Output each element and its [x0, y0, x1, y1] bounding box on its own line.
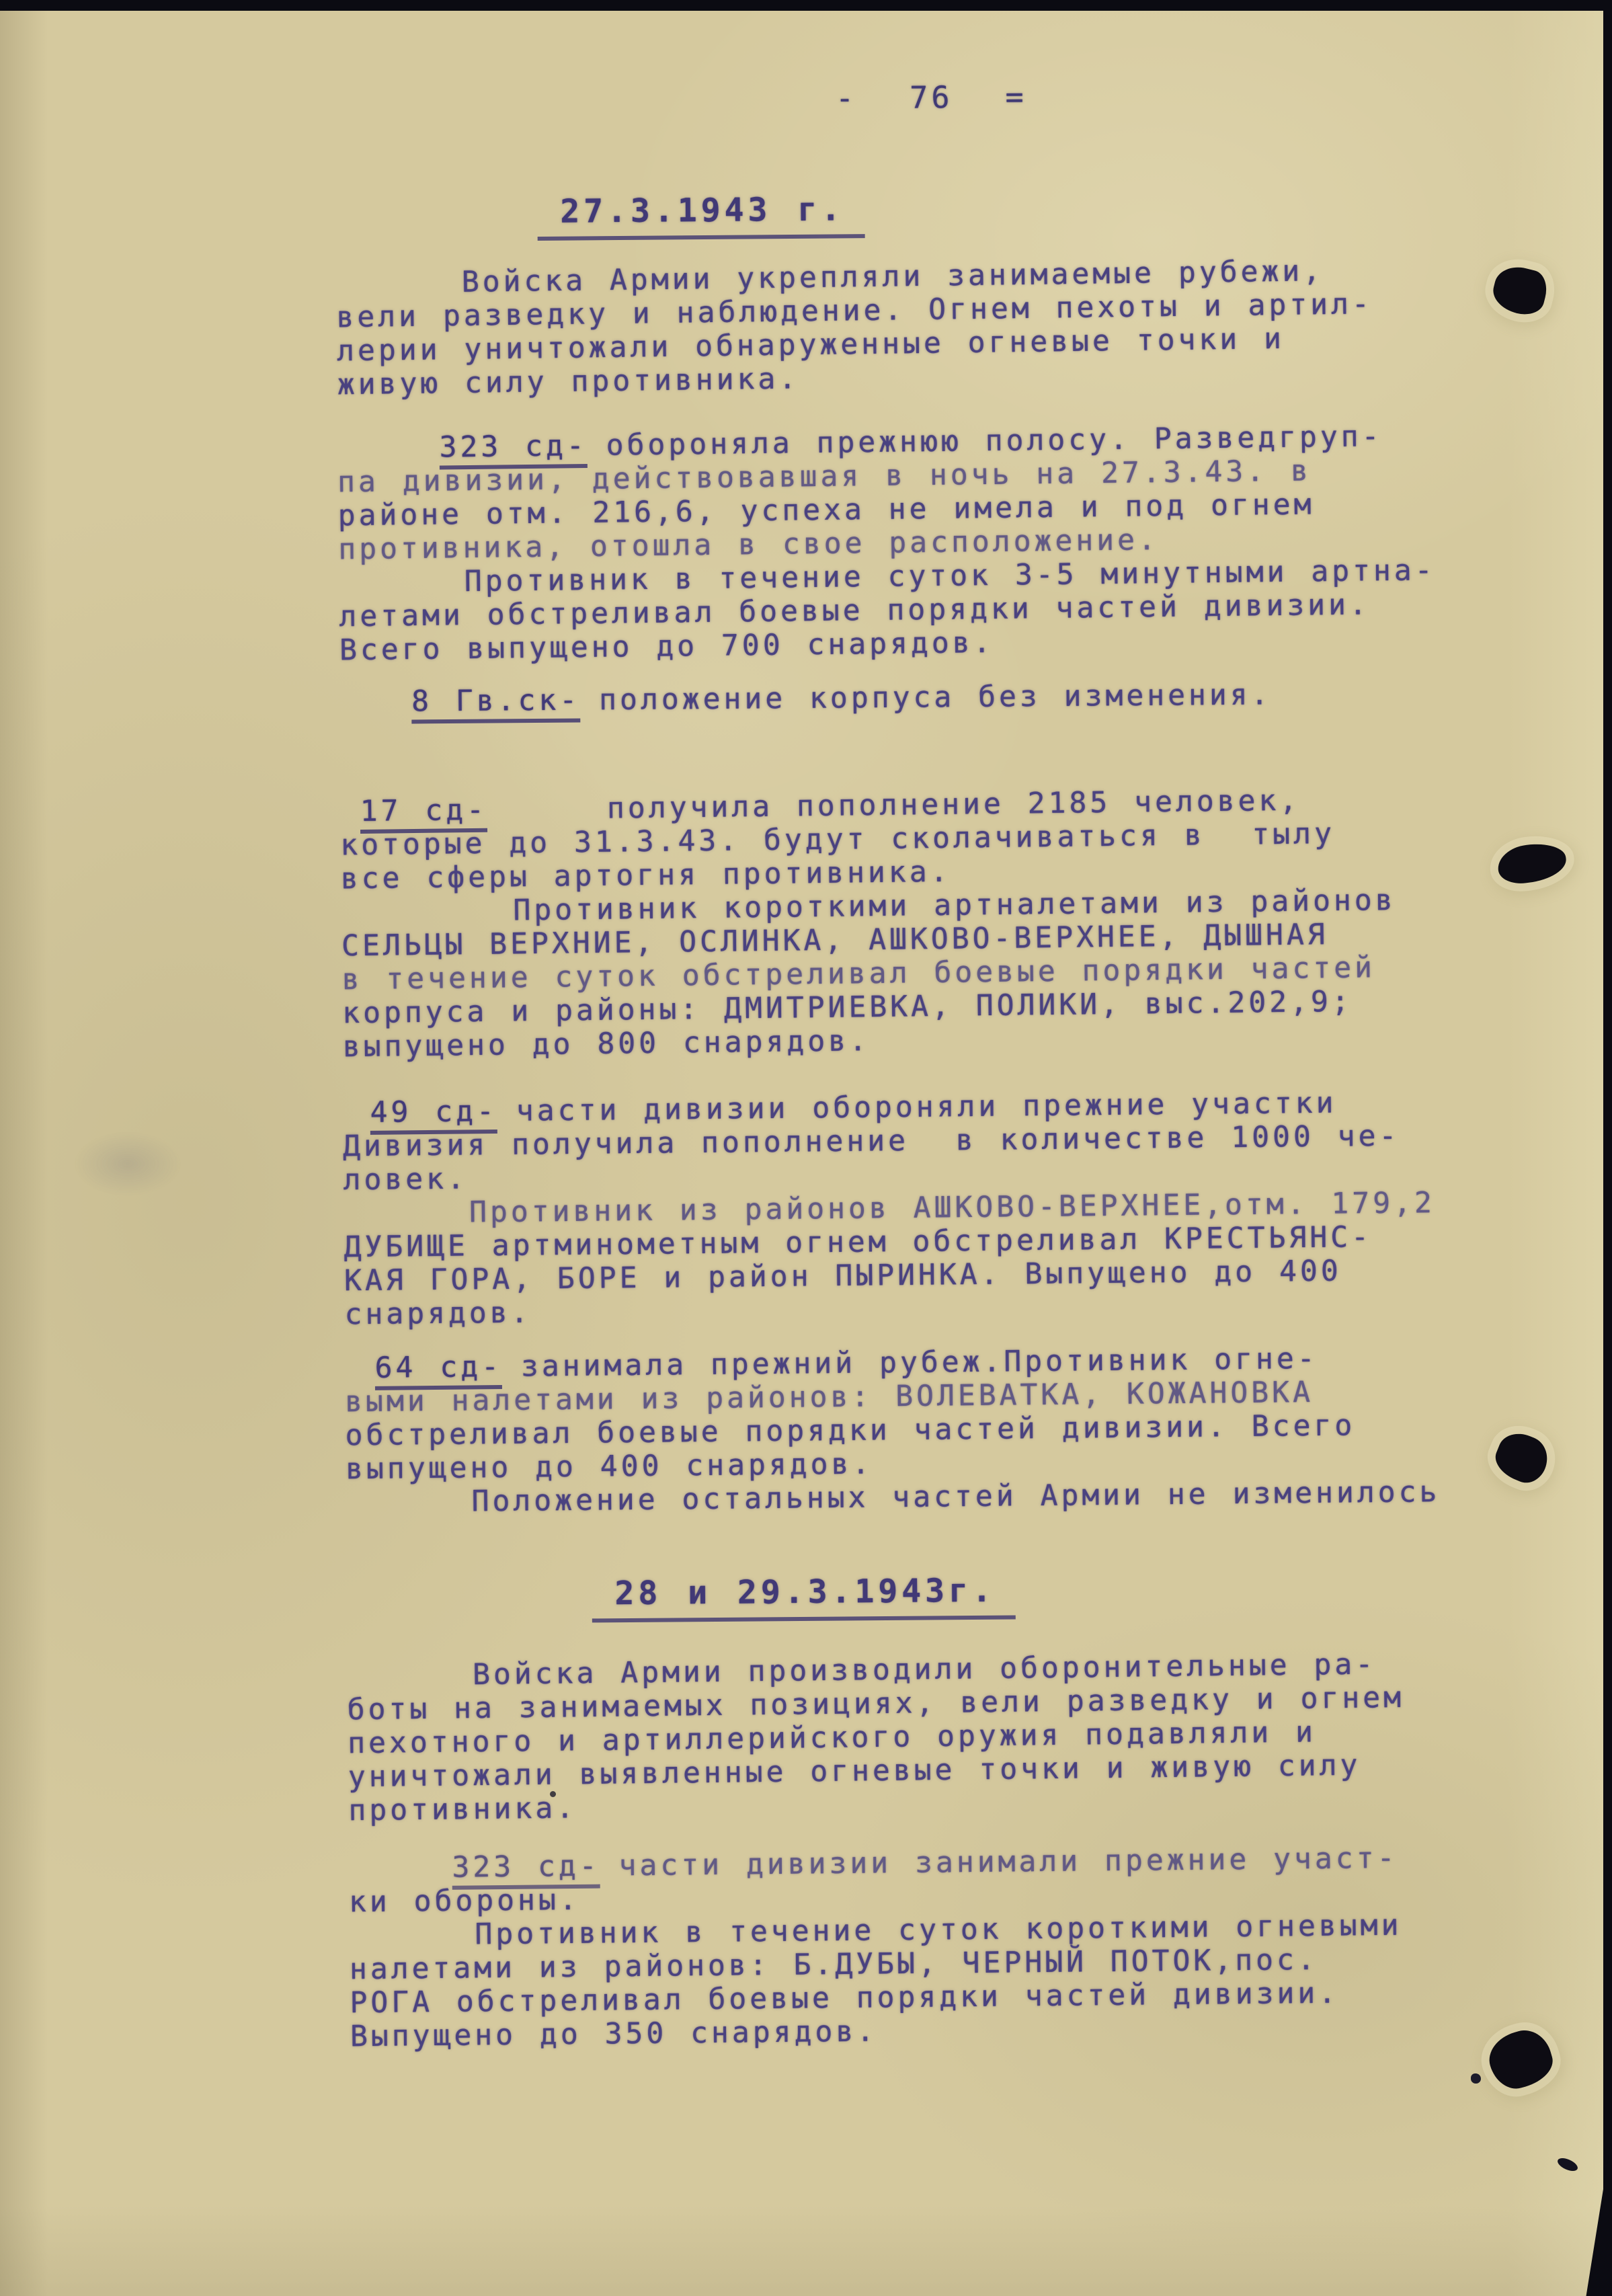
pencil-smudge	[54, 1120, 202, 1208]
paragraph-323sd-2: 323 сд-части дивизии занимали прежние уч…	[348, 1839, 1612, 2053]
date-heading-text: 27.3.1943 г.	[537, 190, 864, 241]
paragraph-army-summary: Войска Армии укрепляли занимаемые рубежи…	[335, 251, 1607, 402]
paragraph-17sd: 17 сд-получила пополнение 2185 человек, …	[339, 780, 1612, 1064]
ink-speck	[1471, 2073, 1481, 2084]
paragraph-64sd: 64 сд-занимала прежний рубеж.Противник о…	[344, 1339, 1612, 1519]
paragraph-army-summary-2: Войска Армии производили оборонительные …	[347, 1645, 1612, 1827]
paper: - 76 = 27.3.1943 г. Войска Армии укрепля…	[0, 11, 1603, 2296]
unit-designation: 323 сд-	[452, 1850, 600, 1890]
section-1-date-heading: 27.3.1943 г.	[335, 185, 1606, 237]
ink-speck	[550, 1791, 556, 1797]
section-2-date-heading: 28 и 29.3.1943г.	[346, 1567, 1612, 1619]
paragraph-323sd: 323 сд-обороняла прежнюю полосу. Разведг…	[337, 417, 1610, 667]
line-text: положение корпуса без изменения.	[599, 678, 1272, 717]
unit-designation: 8 Гв.ск-	[411, 684, 581, 724]
document-text: - 76 = 27.3.1943 г. Войска Армии укрепля…	[0, 1, 1612, 2057]
ink-speck	[1556, 2155, 1579, 2174]
page-number: - 76 =	[335, 76, 1605, 120]
scanned-page: - 76 = 27.3.1943 г. Войска Армии укрепля…	[0, 0, 1612, 2296]
date-heading-text: 28 и 29.3.1943г.	[592, 1571, 1016, 1622]
paragraph-49sd: 49 сд-части дивизии обороняли прежние уч…	[342, 1084, 1612, 1332]
paragraph-8gvsk: 8 Гв.ск-положение корпуса без изменения.	[339, 675, 1610, 719]
text-line: 8 Гв.ск-положение корпуса без изменения.	[339, 675, 1610, 719]
